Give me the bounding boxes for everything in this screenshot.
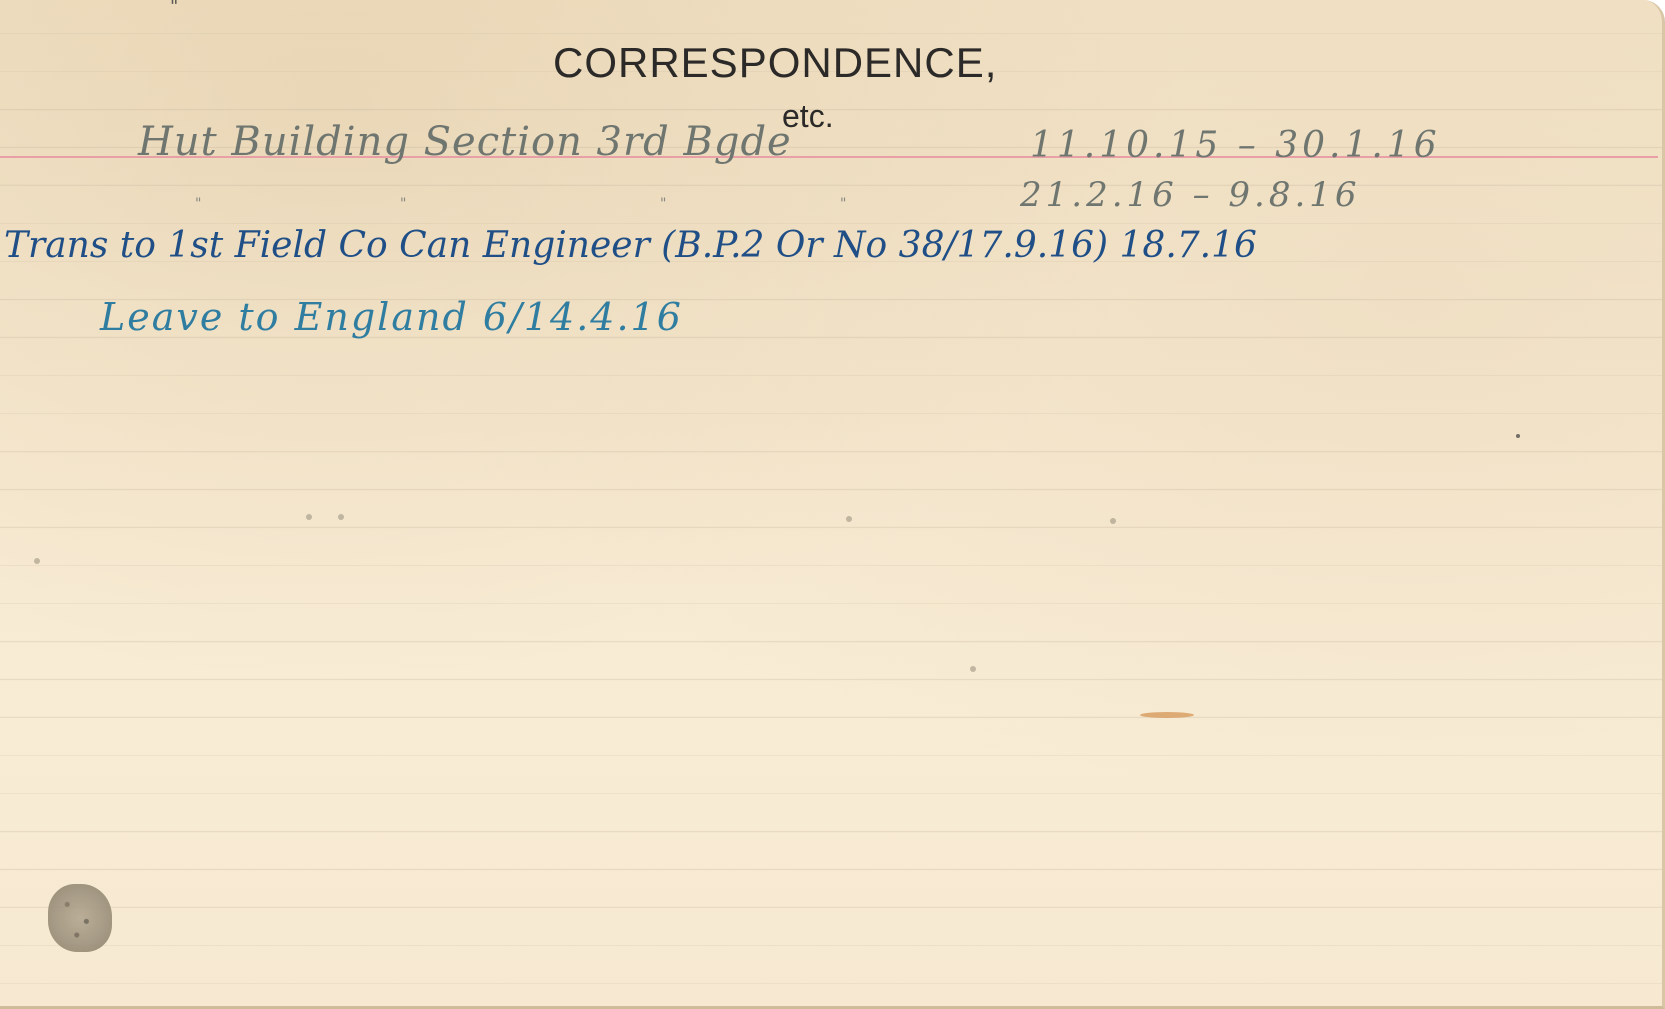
rust-mark (1140, 712, 1194, 718)
entry-transfer: Trans to 1st Field Co Can Engineer (B.P.… (4, 228, 1257, 264)
ditto-mark: " (840, 196, 846, 212)
ditto-mark: " (195, 196, 201, 212)
speck (1110, 518, 1116, 524)
entry-hut-building-section: Hut Building Section 3rd Bgde (138, 122, 792, 162)
printed-heading: CORRESPONDENCE, (553, 42, 997, 84)
entry-dates-second: 21.2.16 – 9.8.16 (1020, 178, 1361, 212)
speck (338, 514, 344, 520)
entry-dates-first: 11.10.15 – 30.1.16 (1030, 128, 1441, 164)
ditto-mark: " (660, 196, 666, 212)
top-mark: " (170, 0, 178, 17)
speck (34, 558, 40, 564)
entry-leave: Leave to England 6/14.4.16 (100, 298, 683, 336)
record-card: " CORRESPONDENCE, etc. Hut Building Sect… (0, 0, 1665, 1009)
speck (846, 516, 852, 522)
speck (1516, 434, 1520, 438)
speck (970, 666, 976, 672)
stain-mark (48, 884, 112, 952)
ditto-mark: " (400, 196, 406, 212)
speck (306, 514, 312, 520)
